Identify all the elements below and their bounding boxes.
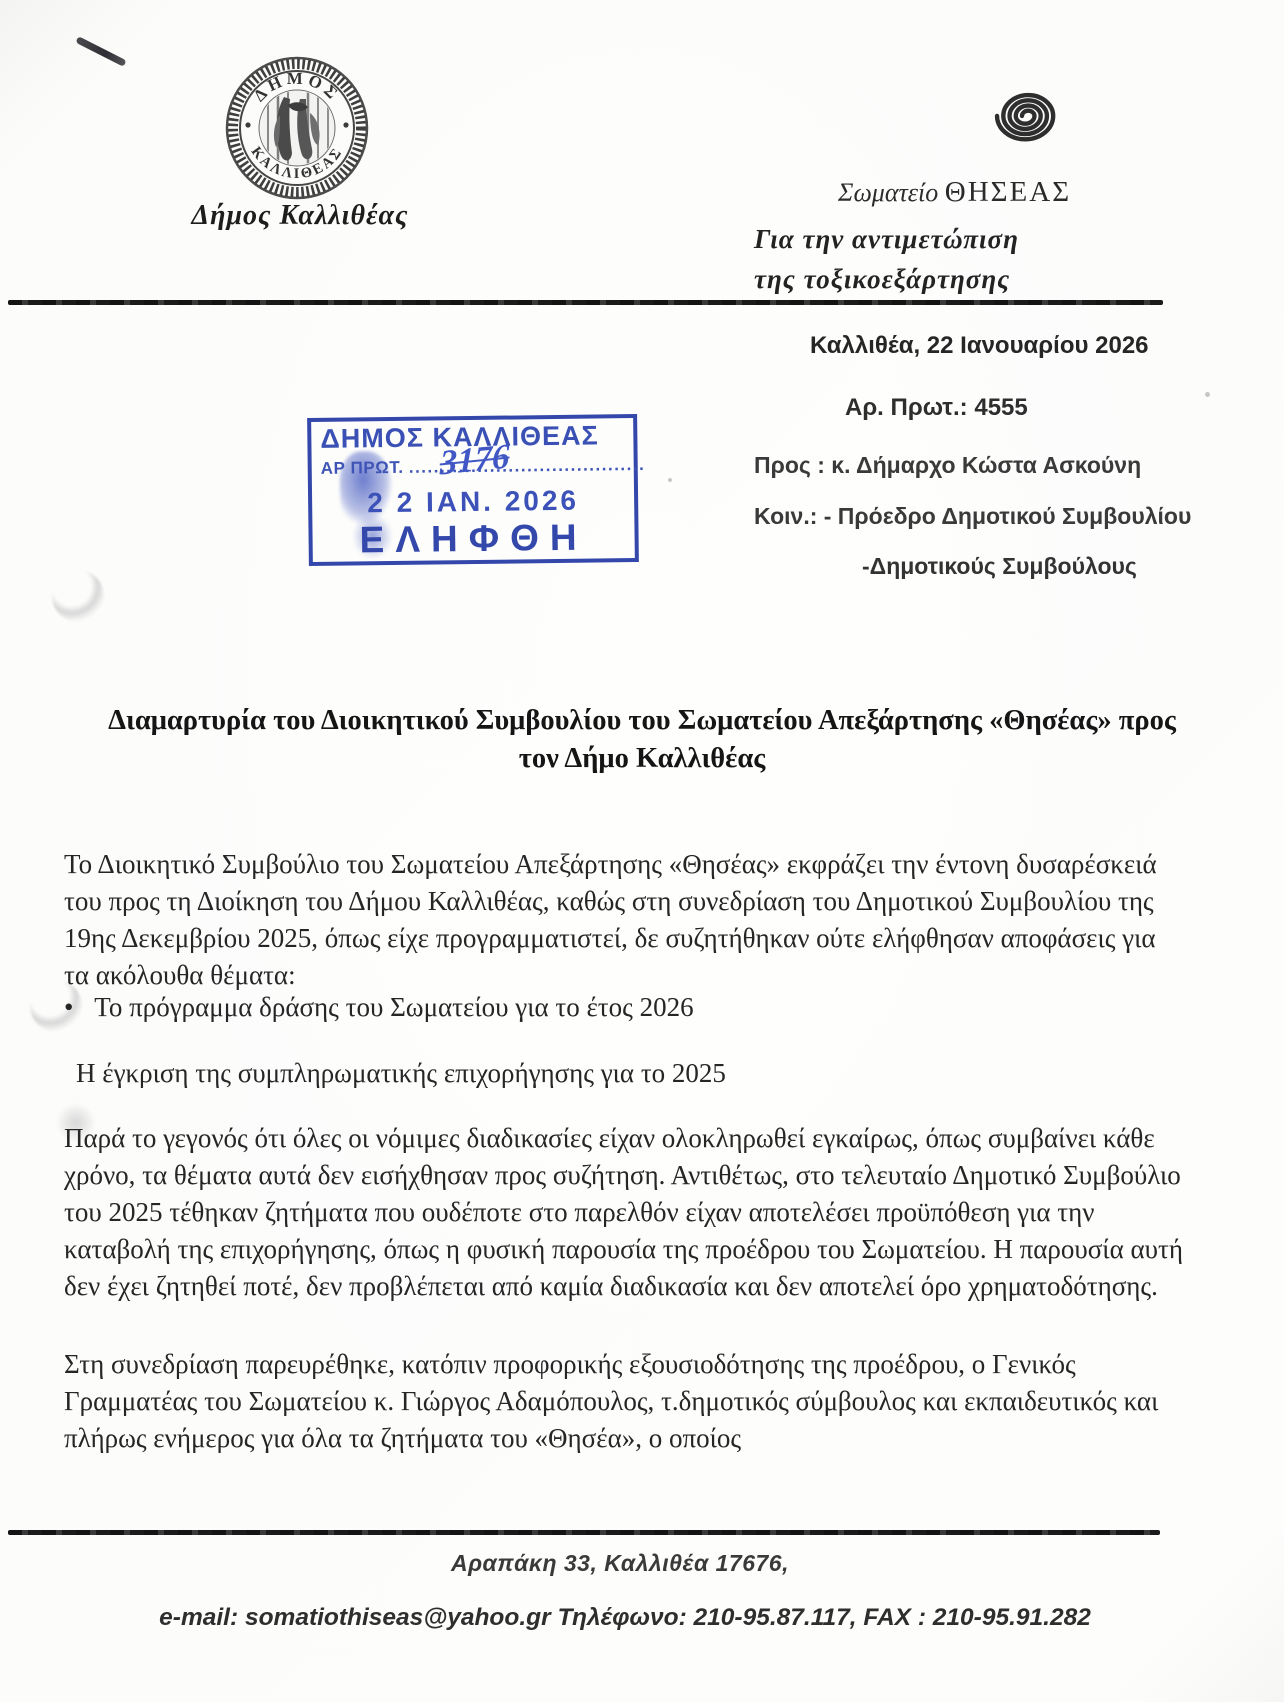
hole-punch-shadow	[52, 570, 104, 622]
footer-contact-line: e-mail: somatiothiseas@yahoo.gr Τηλέφωνο…	[0, 1604, 1250, 1632]
scan-speck	[668, 478, 672, 482]
municipality-name-caption: Δήμος Καλλιθέας	[170, 200, 430, 232]
association-tagline-line2: της τοξικοεξάρτησης	[754, 264, 1010, 295]
protocol-number-line: Αρ. Πρωτ.: 4555	[845, 394, 1028, 422]
bullet-item-1-text: Το πρόγραμμα δράσης του Σωματείου για το…	[94, 992, 693, 1022]
cc-line-2: -Δημοτικούς Συμβούλους	[862, 553, 1137, 580]
kallithea-municipality-seal-logo: ΔΗΜΟΣ ΚΑΛΛΙΘΕΑΣ	[222, 52, 372, 204]
stamp-date: 2 2 ΙΑΝ. 2026	[312, 484, 634, 520]
stamp-handwritten-protocol-number: 3176	[440, 436, 510, 483]
letterhead-divider-rule	[8, 300, 1163, 305]
bullet-item-2: Η έγκριση της συμπληρωματικής επιχορήγησ…	[76, 1058, 1198, 1089]
footer-address: Αραπάκη 33, Καλλιθέα 17676,	[0, 1550, 1240, 1577]
body-paragraph-1: Το Διοικητικό Συμβούλιο του Σωματείου Απ…	[64, 846, 1186, 994]
pen-mark-artifact	[75, 36, 126, 67]
footer-divider-rule	[8, 1530, 1160, 1535]
body-paragraph-2: Παρά το γεγονός ότι όλες οι νόμιμες διαδ…	[64, 1120, 1186, 1305]
body-paragraph-3: Στη συνεδρίαση παρευρέθηκε, κατόπιν προφ…	[64, 1346, 1186, 1457]
association-name: ΘΗΣΕΑΣ	[945, 176, 1071, 208]
bullet-marker: •	[64, 992, 88, 1023]
stamp-received-text: ΕΛΗΦΘΗ	[312, 516, 634, 562]
date-line: Καλλιθέα, 22 Ιανουαρίου 2026	[810, 332, 1149, 360]
stamp-protocol-label: ΑΡ ΠΡΩΤ.	[321, 458, 404, 478]
scanned-letter-page: ΔΗΜΟΣ ΚΑΛΛΙΘΕΑΣ Δήμος Καλλιθέας Σωματείο…	[0, 0, 1284, 1702]
thiseas-spiral-logo	[958, 66, 1086, 170]
document-title-line1: Διαμαρτυρία του Διοικητικού Συμβουλίου τ…	[60, 702, 1224, 740]
received-stamp: ΔΗΜΟΣ ΚΑΛΛΙΘΕΑΣ ΑΡ ΠΡΩΤ. ...............…	[307, 414, 639, 566]
document-title: Διαμαρτυρία του Διοικητικού Συμβουλίου τ…	[60, 702, 1224, 778]
bullet-item-2-text: Η έγκριση της συμπληρωματικής επιχορήγησ…	[76, 1058, 726, 1088]
document-title-line2: τον Δήμο Καλλιθέας	[60, 740, 1224, 778]
bullet-item-1: • Το πρόγραμμα δράσης του Σωματείου για …	[64, 992, 1186, 1023]
scan-speck	[1205, 392, 1210, 397]
association-tagline-line1: Για την αντιμετώπιση	[754, 224, 1019, 255]
association-name-line: Σωματείο ΘΗΣΕΑΣ	[838, 176, 1118, 209]
recipient-line: Προς : κ. Δήμαρχο Κώστα Ασκούνη	[754, 452, 1141, 479]
association-type: Σωματείο	[838, 178, 938, 207]
cc-line-1: Κοιν.: - Πρόεδρο Δημοτικού Συμβουλίου	[754, 503, 1191, 530]
